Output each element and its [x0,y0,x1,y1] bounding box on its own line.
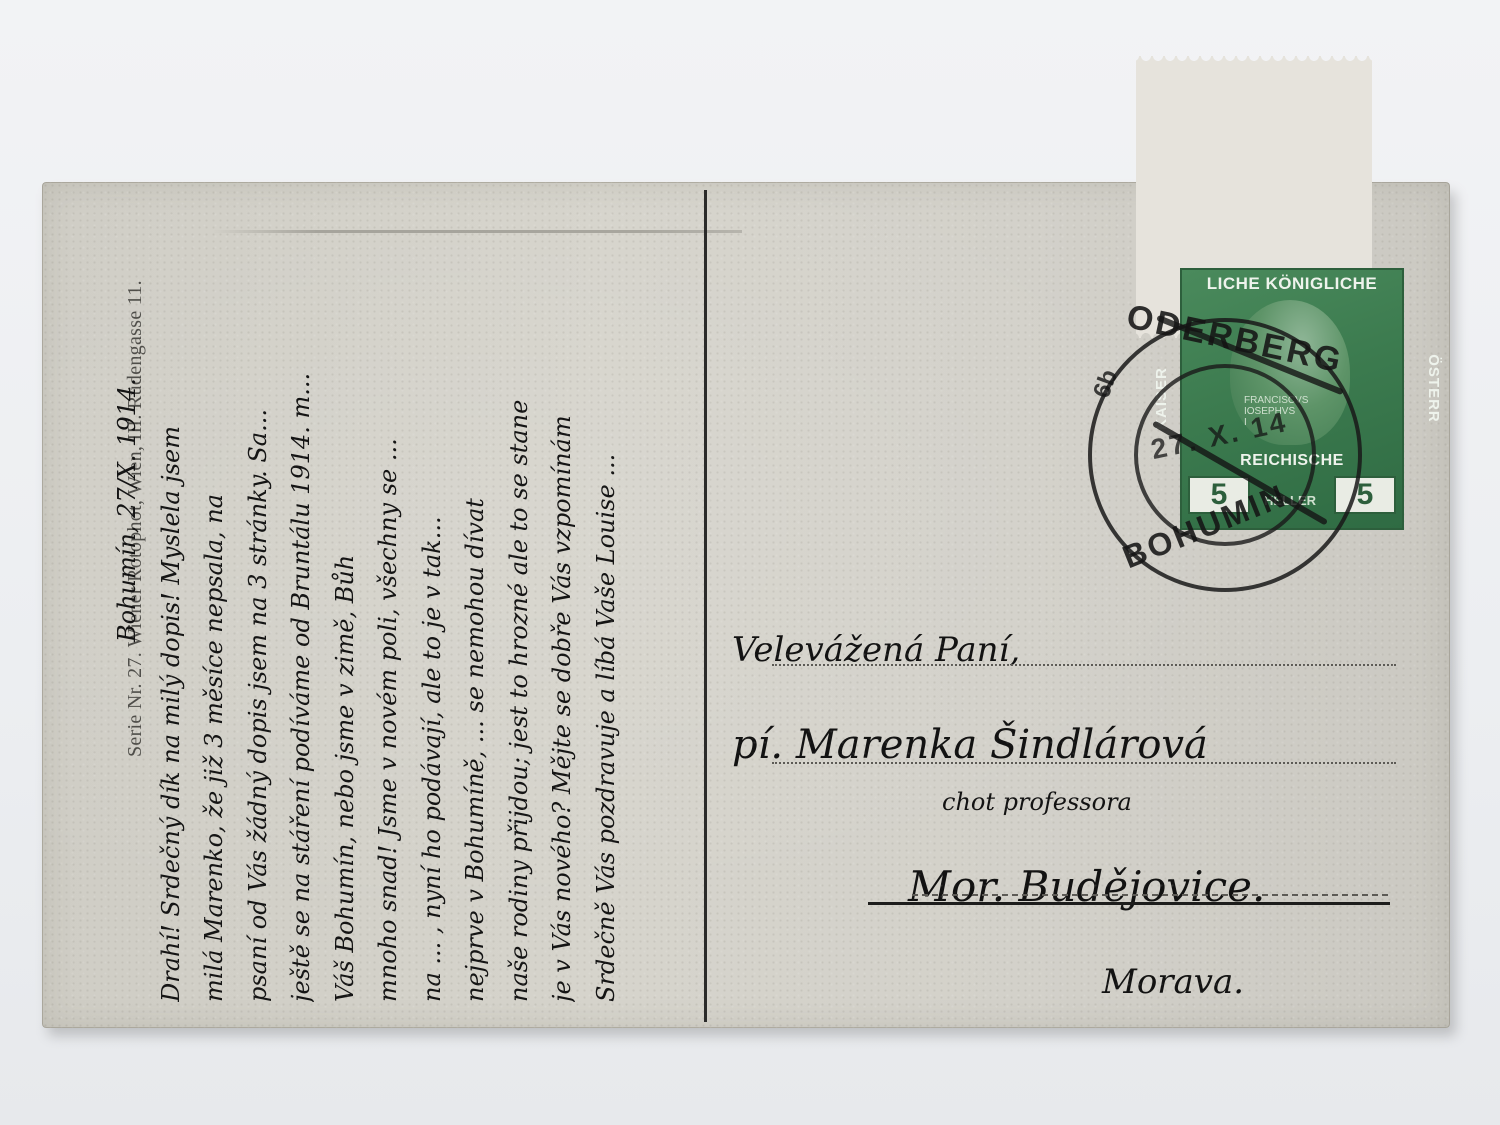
stamp-top-text: LICHE KÖNIGLICHE [1182,274,1402,294]
address-region: Morava. [1102,962,1244,1002]
address-rule-3 [912,894,1388,896]
message-line: psaní od Vás žádný dopis jsem na 3 strán… [237,202,281,1002]
address-title: chot professora [942,788,1132,816]
stamp-right-text: ÖSTERR [1425,354,1442,423]
message-line: na ... , nyní ho podávají, ale to je v t… [411,202,455,1002]
message-line: Váš Bohumín, nebo jsme v zimě, Bůh [324,202,368,1002]
message-line: mnoho snad! Jsme v novém poli, všechny s… [367,202,411,1002]
message-line: Srdečně Vás pozdravuje a líbá Vaše Louis… [585,202,629,1002]
message-line: ještě se na stáření podíváme od Bruntálu… [280,202,324,1002]
message-line: Drahí! Srdečný dík na milý dopis! Myslel… [150,202,194,1002]
address-rule-3-solid [868,902,1390,905]
message-date: Bohumín, 27/X. 1914. [106,202,150,1002]
message-line: naše rodiny přijdou; jest to hrozné ale … [498,202,542,1002]
handwritten-message: Bohumín, 27/X. 1914. Drahí! Srdečný dík … [106,202,628,1002]
message-line: milá Marenko, že již 3 měsíce nepsala, n… [193,202,237,1002]
message-line: nejprve v Bohumíně, ... se nemohou dívat [454,202,498,1002]
address-rule-1 [772,664,1396,666]
center-divider [704,190,707,1022]
address-rule-2 [772,762,1396,764]
message-line: je v Vás nového? Mějte se dobře Vás vzpo… [541,202,585,1002]
